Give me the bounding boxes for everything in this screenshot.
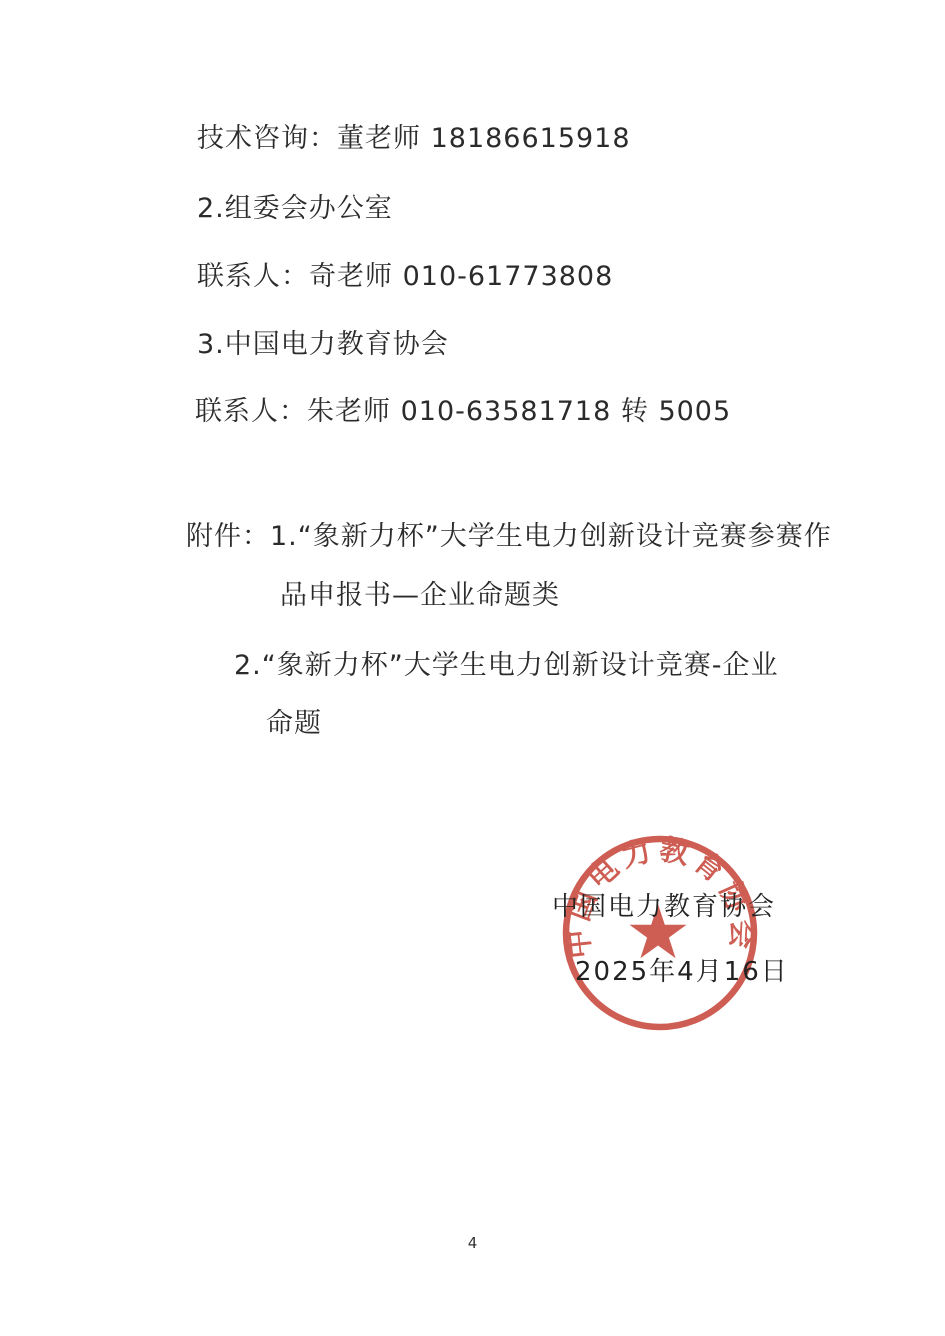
document-page: 中国电力教育协会 技术咨询：董老师 18186615918 2.组委会办公室 联… [0,0,945,1336]
signature-date: 2025年4月16日 [575,951,789,988]
line-org-office-heading: 2.组委会办公室 [197,186,393,225]
signature-organization: 中国电力教育协会 [552,886,776,923]
line-attachment-1a: 附件：1.“象新力杯”大学生电力创新设计竞赛参赛作 [186,514,832,553]
official-seal: 中国电力教育协会 [550,822,770,1042]
line-org-office-contact: 联系人：奇老师 010-61773808 [197,254,613,293]
page-number: 4 [0,1234,945,1252]
line-attachment-2a: 2.“象新力杯”大学生电力创新设计竞赛-企业 [234,643,778,682]
line-attachment-1b: 品申报书—企业命题类 [280,573,560,612]
line-assoc-heading: 3.中国电力教育协会 [197,322,449,361]
line-assoc-contact: 联系人：朱老师 010-63581718 转 5005 [195,389,731,428]
line-tech-consult: 技术咨询：董老师 18186615918 [197,116,631,155]
line-attachment-2b: 命题 [266,701,322,740]
